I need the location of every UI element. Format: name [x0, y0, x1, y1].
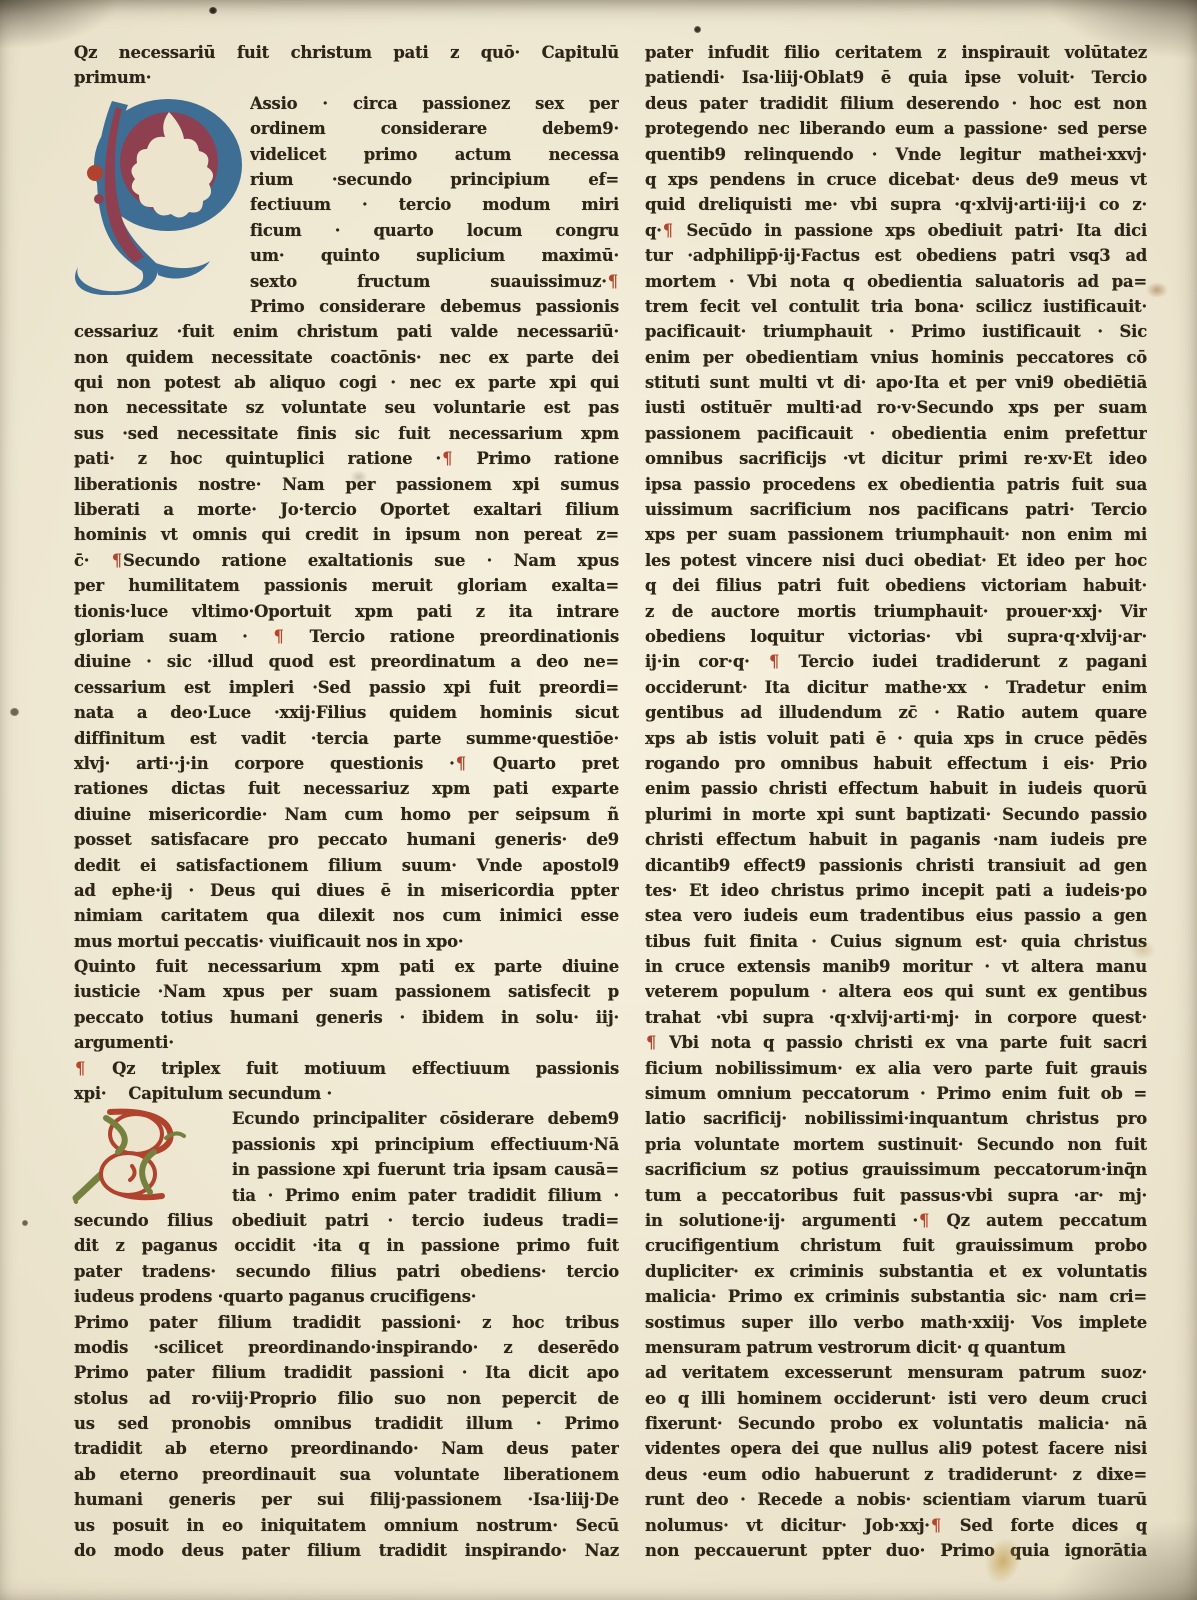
text-line: passionem pacificauit · obedientia enim … — [645, 421, 1147, 446]
text-line: trahat ·vbi supra ·q·xlvij·arti·mj· in c… — [645, 1005, 1147, 1030]
text-line: nimiam caritatem qua dilexit nos cum ini… — [74, 903, 619, 928]
text-line: q dei filius patri fuit obediens victori… — [645, 573, 1147, 598]
text-line: stolus ad ro·viij·Proprio filio suo non … — [74, 1386, 619, 1411]
text-line: non quidem necessitate coactōnis· nec ex… — [74, 345, 619, 370]
text-line: christi effectum habuit in paganis ·nam … — [645, 827, 1147, 852]
text-line: dicantib9 effect9 passionis christi tran… — [645, 853, 1147, 878]
text-line: tur ·adphilipp̄·ij·Factus est obediens p… — [645, 243, 1147, 268]
text-line: simum omnium peccatorum · Primo enim fui… — [645, 1081, 1147, 1106]
text-line: dedit ei satisfactionem filium suum· Vnd… — [74, 853, 619, 878]
text-line: us sed pronobis omnibus tradidit illum ·… — [74, 1411, 619, 1436]
text-line: sacrificium sz potius grauissimum peccat… — [645, 1157, 1147, 1182]
wormhole-dot — [22, 1220, 28, 1226]
chapter1-opening-paragraph: Assio · circa passionez sex perordinem c… — [74, 91, 619, 294]
text-line: ficum · quarto locum congru — [250, 218, 619, 243]
rubricated-paragraph-mark: ¶ — [607, 272, 619, 291]
text-line: sexto fructum suauissimuz·¶ — [250, 269, 619, 294]
rubricated-paragraph-mark: ¶ — [441, 449, 453, 468]
text-line: mus mortui peccatis· viuificauit nos in … — [74, 929, 619, 954]
text-line: hominis vt omnis qui credit in ipsum non… — [74, 522, 619, 547]
text-line: passionis xpi principium effectiuum·Nā — [232, 1132, 619, 1157]
text-line: iusticie ·Nam xpus per suam passionem sa… — [74, 979, 619, 1004]
text-line: ordinem considerare debem9· — [250, 116, 619, 141]
text-line: pacificauit· triumphauit · Primo iustifi… — [645, 319, 1147, 344]
text-line: rationes dictas fuit necessariuz xpm pat… — [74, 776, 619, 801]
text-line: peccato totius humani generis · ibidem i… — [74, 1005, 619, 1030]
text-line: ipsa passio procedens ex obedientia patr… — [645, 472, 1147, 497]
text-line: les potest vincere nisi duci obediat· Et… — [645, 548, 1147, 573]
text-line: ab eterno preordinauit sua voluntate lib… — [74, 1462, 619, 1487]
text-line: do modo deus pater filium tradidit inspi… — [74, 1538, 619, 1563]
text-line: liberationis nostre· Nam per passionem x… — [74, 472, 619, 497]
text-line: Ecundo principaliter cōsiderare debem9 — [232, 1106, 619, 1131]
text-line: deus pater tradidit filium deserendo · h… — [645, 91, 1147, 116]
rubricated-paragraph-mark: ¶ — [74, 1059, 86, 1078]
text-line: protegendo nec liberando eum a passione·… — [645, 116, 1147, 141]
rubricated-paragraph-mark: ¶ — [768, 652, 780, 671]
rubricated-paragraph-mark: ¶ — [930, 1516, 942, 1535]
rubricated-paragraph-mark: ¶ — [111, 551, 123, 570]
text-line: q xps pendens in cruce dicebat· deus de9… — [645, 167, 1147, 192]
chapter1-heading: Qz necessariū fuit christum pati z quō· … — [74, 40, 619, 91]
text-line: tia · Primo enim pater tradidit filium · — [232, 1183, 619, 1208]
text-line: occiderunt· Ita dicitur mathe·xx · Trade… — [645, 675, 1147, 700]
text-line: q·¶ Secūdo in passione xps obediuit patr… — [645, 218, 1147, 243]
text-line: enim passio christi effectum habuit in i… — [645, 776, 1147, 801]
rubricated-paragraph-mark: ¶ — [272, 627, 284, 646]
rubricated-paragraph-mark: ¶ — [645, 1033, 657, 1052]
text-line: pati· z hoc quintuplici ratione ·¶ Primo… — [74, 446, 619, 471]
text-line: mensuram patrum vestrorum dicit· q quant… — [645, 1335, 1147, 1360]
text-line: xps ab istis voluit pati ē · quia xps in… — [645, 726, 1147, 751]
text-line: Assio · circa passionez sex per — [250, 91, 619, 116]
text-line: ad ephe·ij · Deus qui diues ē in miseric… — [74, 878, 619, 903]
text-line: latio sacrificij· nobilissimi·inquantum … — [645, 1106, 1147, 1131]
text-line: sostimus super illo verbo math·xxiij· Vo… — [645, 1310, 1147, 1335]
text-line: quentib9 relinquendo · Vnde legitur math… — [645, 142, 1147, 167]
text-line: Primo pater filium tradidit passioni · I… — [74, 1360, 619, 1385]
text-line: Qz necessariū fuit christum pati z quō· … — [74, 40, 619, 65]
text-line: diuine · sic ·illud quod est preordinatu… — [74, 649, 619, 674]
text-line: trem fecit vel contulit tria bona· scili… — [645, 294, 1147, 319]
text-line: ficium nobilissimum· ex alia vero parte … — [645, 1056, 1147, 1081]
text-line: patiendi· Isa·liij·Oblat9 ē quia ipse vo… — [645, 65, 1147, 90]
text-line: veterem populum · altera eos qui sunt ex… — [645, 979, 1147, 1004]
text-line: argumenti· — [74, 1030, 619, 1055]
text-line: uissimum sacrificium nos pacificans patr… — [645, 497, 1147, 522]
text-line: diuine misericordie· Nam cum homo per se… — [74, 802, 619, 827]
manuscript-page: Qz necessariū fuit christum pati z quō· … — [0, 0, 1197, 1600]
text-line: pater infudit filio ceritatem z inspirau… — [645, 40, 1147, 65]
text-line: xps per suam passionem triumphauit· non … — [645, 522, 1147, 547]
text-line: obediens loquitur victorias· vbi supra·q… — [645, 624, 1147, 649]
text-line: Quinto fuit necessarium xpm pati ex part… — [74, 954, 619, 979]
text-line: plurimi in morte xpi sunt baptizati· Sec… — [645, 802, 1147, 827]
text-line: pater tradens· secundo filius patri obed… — [74, 1259, 619, 1284]
rubricated-paragraph-mark: ¶ — [455, 754, 467, 773]
text-line: ¶ Vbi nota q passio christi ex vna parte… — [645, 1030, 1147, 1055]
text-line: xpi· Capitulum secundum · — [74, 1081, 619, 1106]
text-line: xlvj· arti··j·in corpore questionis ·¶ Q… — [74, 751, 619, 776]
text-line: in solutione·ij· argumenti ·¶ Qz autem p… — [645, 1208, 1147, 1233]
text-line: non necessitate sz voluntate seu volunta… — [74, 395, 619, 420]
text-line: tum a peccatoribus fuit passus·vbi supra… — [645, 1183, 1147, 1208]
text-line: videntes opera dei que nullus ali9 potes… — [645, 1436, 1147, 1461]
text-line: per humilitatem passionis meruit gloriam… — [74, 573, 619, 598]
text-line: rium ·secundo principium ef= — [250, 167, 619, 192]
text-line: posset satisfacare pro peccato humani ge… — [74, 827, 619, 852]
text-line: in passione xpi fuerunt tria ipsam causā… — [232, 1157, 619, 1182]
text-line: quid dreliquisti me· vbi supra ·q·xlvij·… — [645, 192, 1147, 217]
text-line: iusti ostituēr multi·ad ro·v·Secundo xps… — [645, 395, 1147, 420]
text-line: qui non potest ab aliquo cogi · nec ex p… — [74, 370, 619, 395]
text-line: iudeus prodens ·quarto paganus crucifige… — [74, 1284, 619, 1309]
rubricated-paragraph-mark: ¶ — [662, 221, 674, 240]
illuminated-initial-p — [68, 95, 244, 295]
illuminated-initial-s — [70, 1108, 228, 1204]
text-line: z de auctore mortis triumphauit· prouer·… — [645, 599, 1147, 624]
text-line: tibus fuit finita · Cuius signum est· qu… — [645, 929, 1147, 954]
wormhole-dot — [10, 708, 19, 716]
text-line: tionis·luce vltimo·Oportuit xpm pati z i… — [74, 599, 619, 624]
text-line: um· quinto suplicium maximū· — [250, 243, 619, 268]
ink-speck — [694, 26, 701, 33]
text-line: tradidit ab eterno preordinando· Nam deu… — [74, 1436, 619, 1461]
chapter1-body: Primo considerare debemus passionis xpi … — [74, 294, 619, 1107]
right-column: pater infudit filio ceritatem z inspirau… — [645, 40, 1147, 1563]
text-line: mortem · Vbi nota q obedientia saluatori… — [645, 269, 1147, 294]
text-line: rogando pro omnibus habuit effectum i ei… — [645, 751, 1147, 776]
text-line: in cruce extensis manib9 moritur · vt al… — [645, 954, 1147, 979]
text-line: enim per obedientiam vnius hominis pecca… — [645, 345, 1147, 370]
text-line: sus ·sed necessitate finis sic fuit nece… — [74, 421, 619, 446]
text-line: ad veritatem excesserunt mensuram patrum… — [645, 1360, 1147, 1385]
text-line: Primo pater filium tradidit passioni· z … — [74, 1310, 619, 1335]
right-column-body: pater infudit filio ceritatem z inspirau… — [645, 40, 1147, 1563]
text-line: stea vero iudeis eum tradentibus eius pa… — [645, 903, 1147, 928]
text-line: ij·in cor·q· ¶ Tercio iudei tradiderunt … — [645, 649, 1147, 674]
left-column: Qz necessariū fuit christum pati z quō· … — [74, 40, 619, 1563]
text-line: deus ·eum odio habuerunt z tradiderunt· … — [645, 1462, 1147, 1487]
text-line: c̄· ¶Secundo ratione exaltationis sue · … — [74, 548, 619, 573]
text-line: fectiuum · tercio modum miri — [250, 192, 619, 217]
text-line: nolumus· vt dicitur· Job·xxj·¶ Sed forte… — [645, 1513, 1147, 1538]
text-line: pria voluntate mortem sustinuit· Secundo… — [645, 1132, 1147, 1157]
text-line: non peccauerunt ppter duo· Primo quia ig… — [645, 1538, 1147, 1563]
text-line: modis ·scilicet preordinando·inspirando·… — [74, 1335, 619, 1360]
text-line: stituti sunt multi vt di· apo·Ita et per… — [645, 370, 1147, 395]
text-line: videlicet primo actum necessa — [250, 142, 619, 167]
paper-stain — [1146, 282, 1168, 298]
ink-speck — [209, 7, 217, 14]
text-line: cessariuz ·fuit enim christum pati valde… — [74, 319, 619, 344]
rubricated-paragraph-mark: ¶ — [918, 1211, 930, 1230]
text-line: fixerunt· Secundo probo ex voluntatis ma… — [645, 1411, 1147, 1436]
text-line: nata a deo·Luce ·xxij·Filius quidem homi… — [74, 700, 619, 725]
text-line: us posuit in eo iniquitatem omnium nostr… — [74, 1513, 619, 1538]
text-line: runt deo · Recede a nobis· scientiam via… — [645, 1487, 1147, 1512]
text-line: omnibus sacrificijs ·vt dicitur primi re… — [645, 446, 1147, 471]
text-line: diffinitum est vadit ·tercia parte summe… — [74, 726, 619, 751]
text-line: Primo considerare debemus passionis xpi … — [250, 294, 619, 319]
text-line: ¶ Qz triplex fuit motiuum effectiuum pas… — [74, 1056, 619, 1081]
chapter2-opening-paragraph: Ecundo principaliter cōsiderare debem9pa… — [74, 1106, 619, 1208]
text-line: humani generis per sui filij·passionem ·… — [74, 1487, 619, 1512]
text-line: crucifigentium christum fuit grauissimum… — [645, 1233, 1147, 1258]
text-line: primum· — [74, 65, 619, 90]
text-line: dit z paganus occidit ·ita q in passione… — [74, 1233, 619, 1258]
text-line: malicia· Primo ex criminis substantia si… — [645, 1284, 1147, 1309]
text-line: cessarium est impleri ·Sed passio xpi fu… — [74, 675, 619, 700]
chapter2-body: secundo filius obediuit patri · tercio i… — [74, 1208, 619, 1563]
text-line: gentibus ad illudendum zc̄ · Ratio autem… — [645, 700, 1147, 725]
text-line: secundo filius obediuit patri · tercio i… — [74, 1208, 619, 1233]
text-line: dupliciter· ex criminis substantia et ex… — [645, 1259, 1147, 1284]
text-line: liberati a morte· Jo·tercio Oportet exal… — [74, 497, 619, 522]
text-line: eo q illi hominem occiderunt· isti vero … — [645, 1386, 1147, 1411]
text-line: gloriam suam · ¶ Tercio ratione preordin… — [74, 624, 619, 649]
text-line: tes· Et ideo christus primo incepit pati… — [645, 878, 1147, 903]
